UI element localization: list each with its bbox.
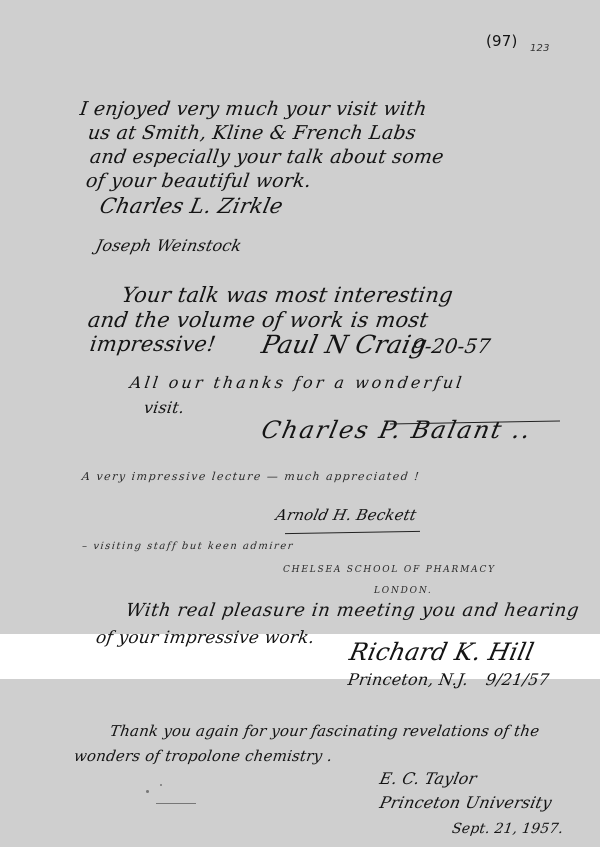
signature-underline — [285, 531, 420, 534]
entry-line: visit. — [143, 400, 185, 416]
entry-line: of your impressive work. — [95, 630, 316, 647]
affiliation: Princeton University — [378, 795, 553, 811]
entry-line: A very impressive lecture — much appreci… — [81, 471, 420, 482]
entry-line: Thank you again for your fascinating rev… — [109, 724, 540, 739]
signature: Joseph Weinstock — [94, 238, 243, 254]
entry-line: and especially your talk about some — [89, 148, 445, 167]
signature: Charles L. Zirkle — [98, 196, 285, 217]
entry-line: and the volume of work is most — [87, 310, 430, 331]
page-number: (97) — [486, 34, 518, 49]
entry-line: wonders of tropolone chemistry . — [73, 749, 333, 764]
date: 9/21/57 — [485, 672, 550, 688]
entry-line: of your beautiful work. — [85, 172, 313, 191]
entry-line: I enjoyed very much your visit with — [79, 100, 428, 119]
signature: E. C. Taylor — [378, 771, 478, 787]
entry-line: impressive! — [89, 334, 218, 355]
entry-line: With real pleasure in meeting you and he… — [125, 602, 581, 620]
scan-speck — [146, 790, 149, 793]
signature: Paul N Craig — [259, 332, 429, 357]
page-sub-number: 123 — [530, 44, 550, 54]
affiliation: CHELSEA SCHOOL OF PHARMACY — [283, 566, 496, 575]
signature: Arnold H. Beckett — [274, 508, 417, 523]
location: Princeton, N.J. — [347, 672, 469, 688]
entry-line: Your talk was most interesting — [121, 285, 455, 306]
location: LONDON. — [374, 587, 433, 596]
entry-line: us at Smith, Kline & French Labs — [87, 124, 418, 143]
entry-line: – visiting staff but keen admirer — [81, 542, 294, 552]
date: 9-20-57 — [411, 336, 492, 356]
entry-line: All our thanks for a wonderful — [129, 375, 466, 391]
scan-speck — [160, 784, 162, 786]
date: Sept. 21, 1957. — [451, 822, 564, 836]
scan-speck — [156, 803, 196, 804]
signature: Richard K. Hill — [347, 640, 536, 664]
